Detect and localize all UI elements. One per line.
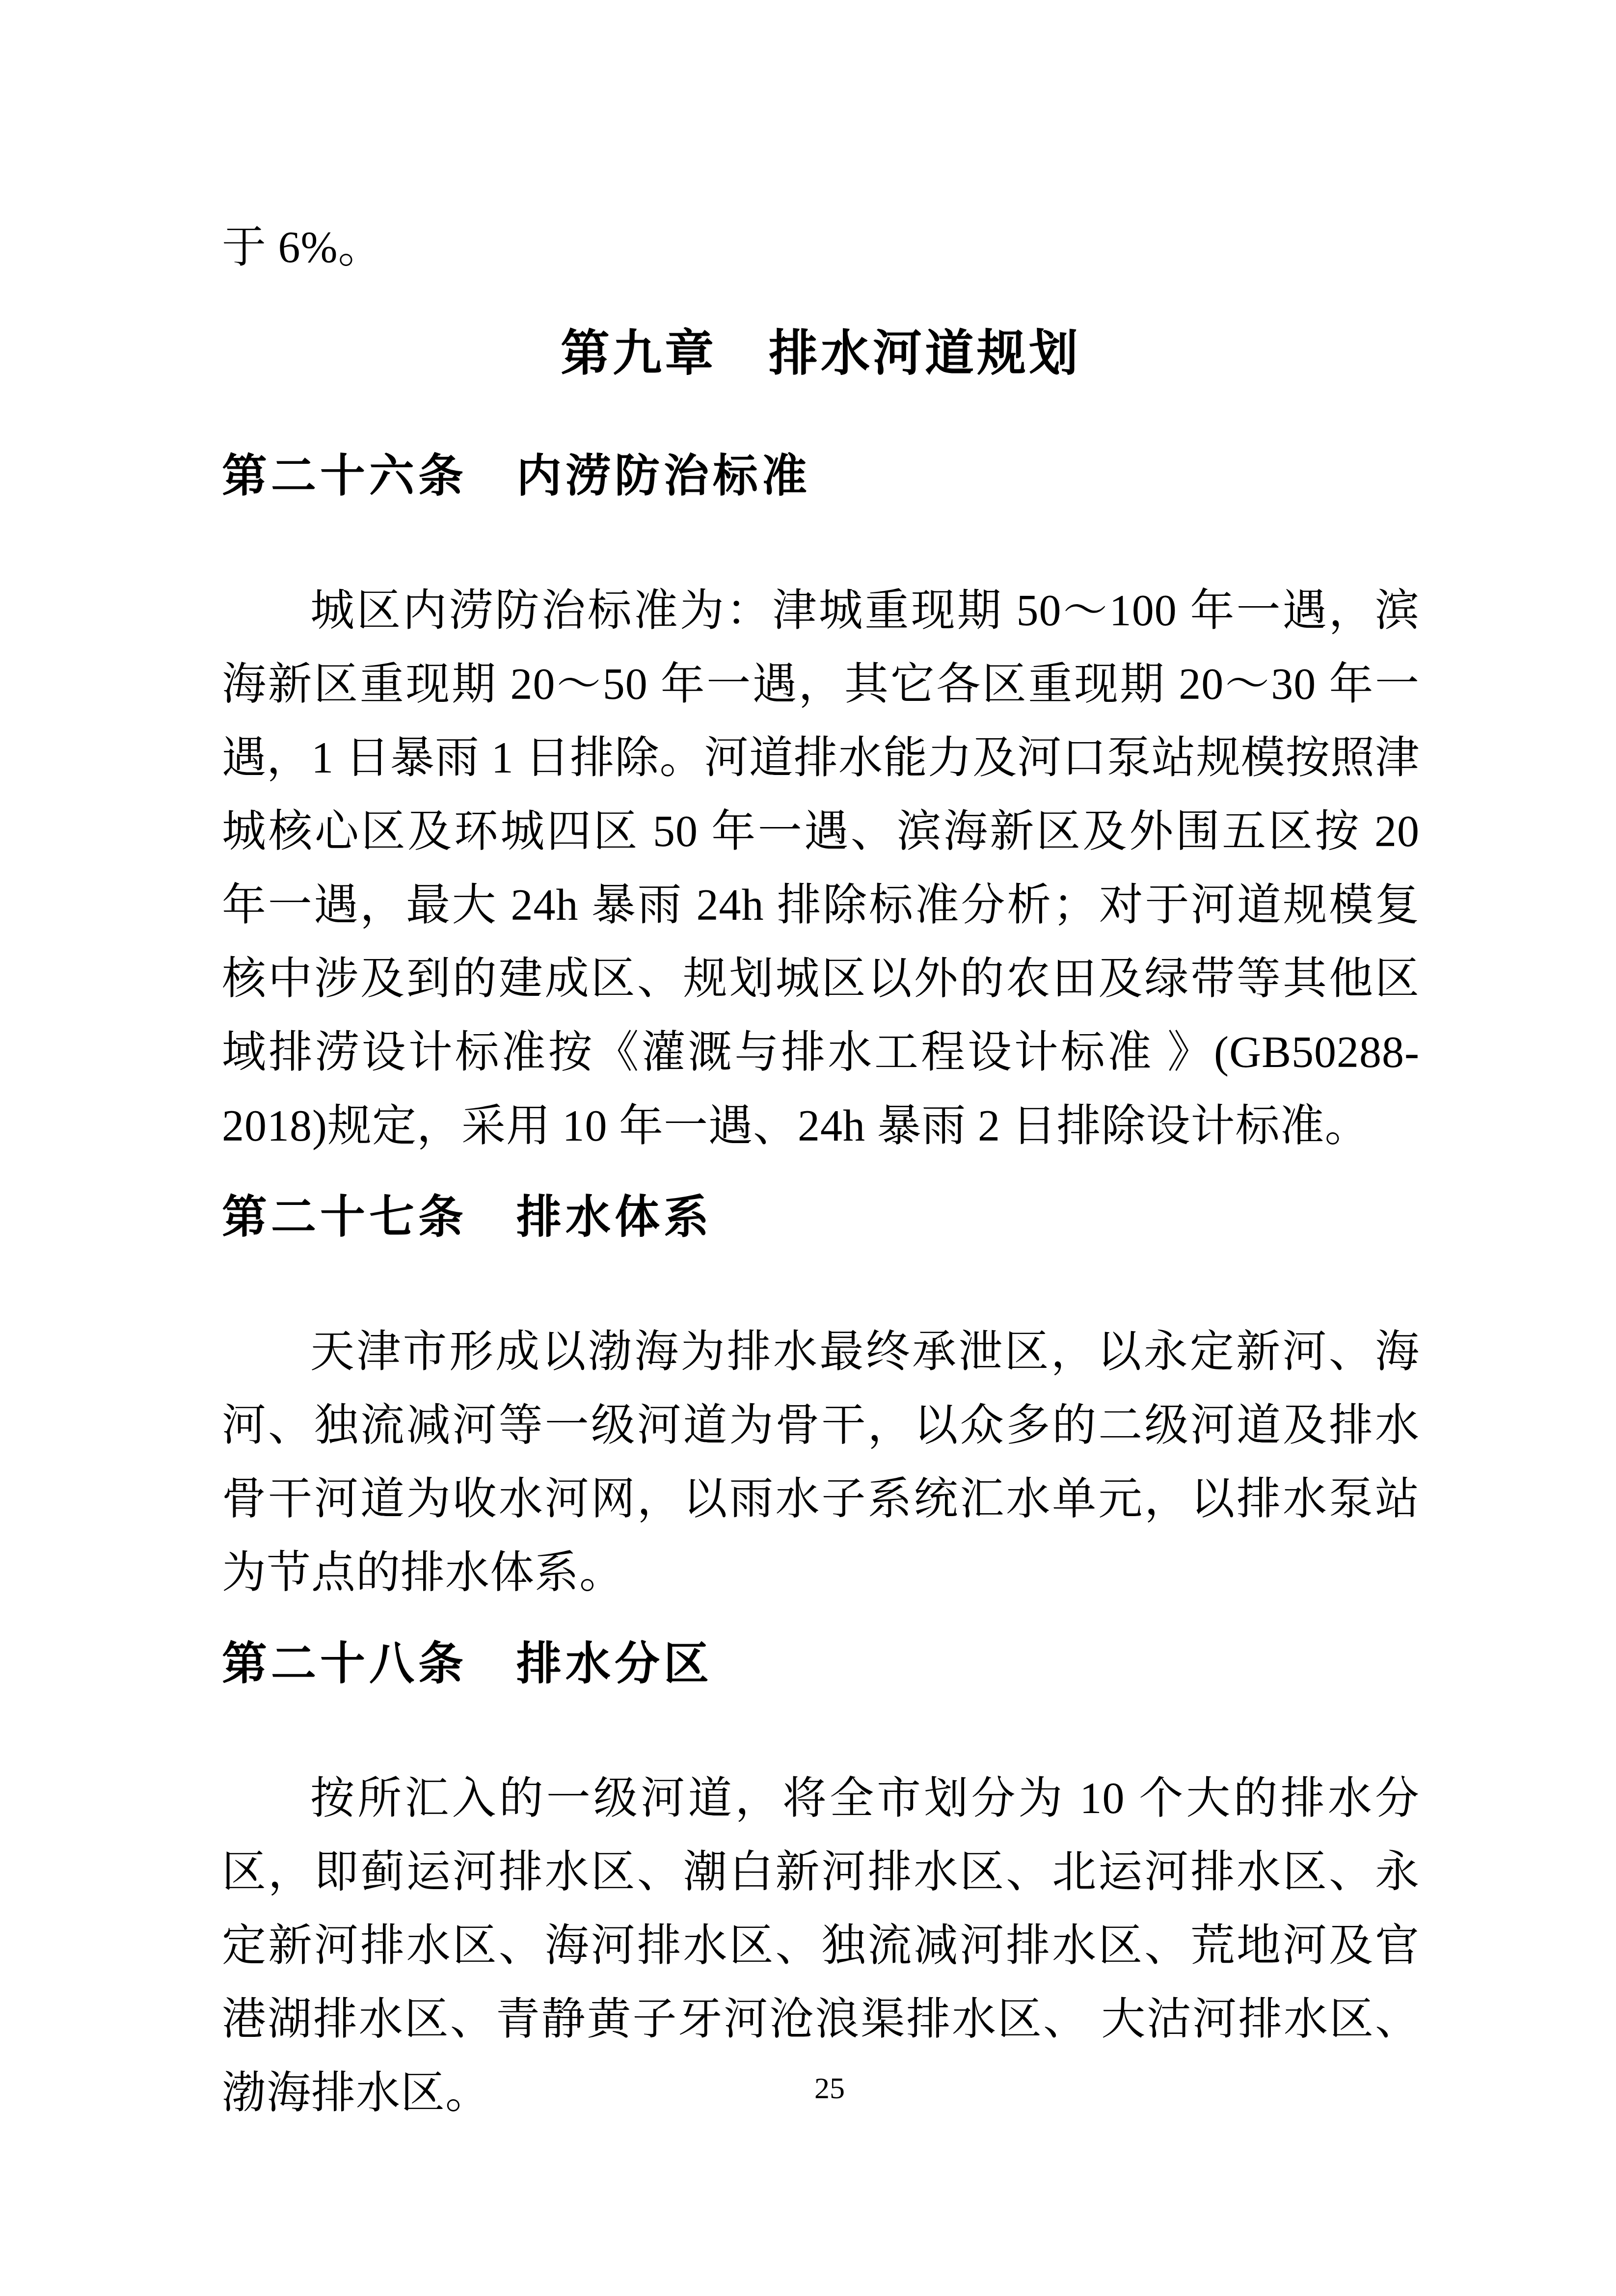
- chapter-title: 第九章 排水河道规划: [222, 314, 1420, 393]
- article-27-body: 天津市形成以渤海为排水最终承泄区，以永定新河、海河、独流减河等一级河道为骨干，以…: [222, 1315, 1420, 1610]
- article-26-body: 城区内涝防治标准为：津城重现期 50～100 年一遇，滨海新区重现期 20～50…: [222, 574, 1420, 1163]
- paragraph-continuation: 于 6%。: [222, 211, 1420, 285]
- section-heading-article-28: 第二十八条 排水分区: [222, 1625, 1420, 1703]
- page-number: 25: [22, 2066, 1616, 2110]
- section-heading-article-27: 第二十七条 排水体系: [222, 1178, 1420, 1256]
- section-heading-article-26: 第二十六条 内涝防治标准: [222, 437, 1420, 515]
- document-page: 于 6%。 第九章 排水河道规划 第二十六条 内涝防治标准 城区内涝防治标准为：…: [0, 0, 1616, 2296]
